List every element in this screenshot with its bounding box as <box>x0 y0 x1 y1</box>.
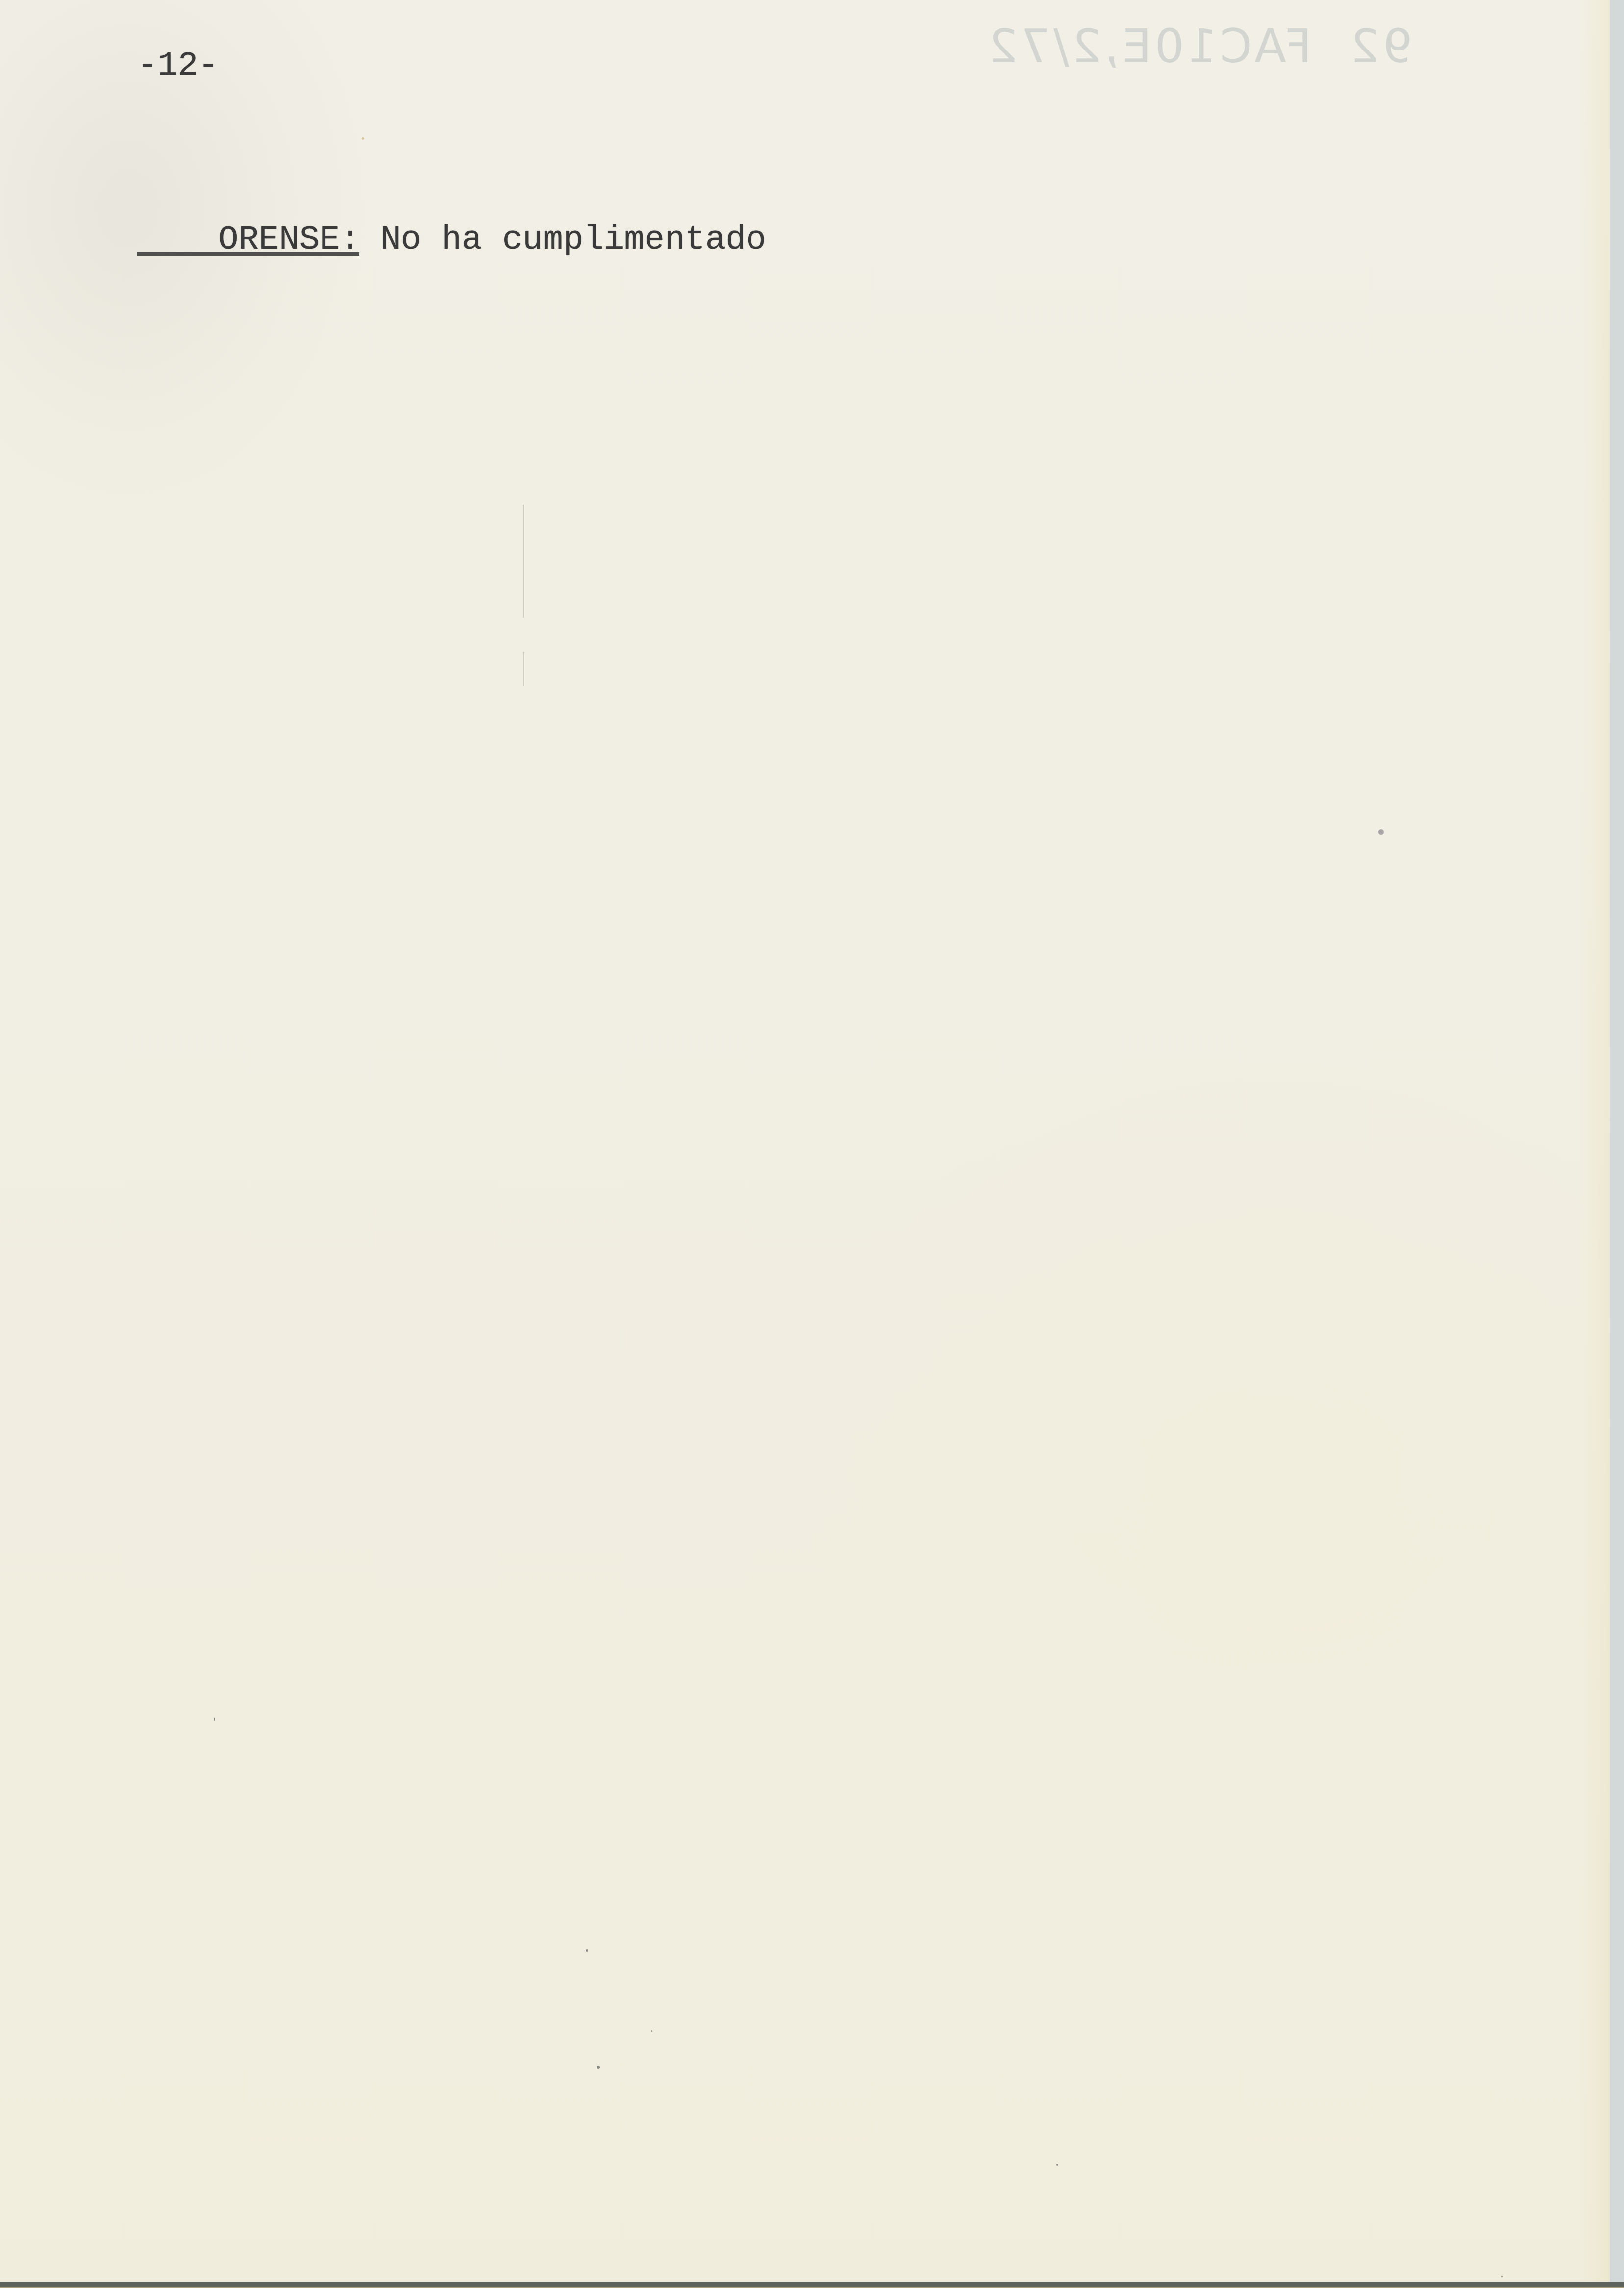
page-edge-tint <box>1580 0 1610 2282</box>
page-number: -12- <box>137 49 219 83</box>
entry-text: No ha cumplimentado <box>360 221 766 259</box>
paper-speck <box>597 2066 600 2069</box>
paper-speck <box>1378 829 1384 835</box>
paper-speck <box>362 137 364 140</box>
paper-blemish <box>523 505 524 618</box>
paper-speck <box>586 1949 588 1952</box>
paper-speck <box>214 1718 215 1721</box>
label-underline <box>137 252 359 256</box>
paper-speck <box>651 2030 652 2032</box>
entry-line: ORENSE: No ha cumplimentado <box>218 223 766 257</box>
pencil-annotation-show-through: 92 FAC10E,2/72 <box>985 20 1412 74</box>
paper-blemish <box>523 652 524 686</box>
scan-bottom-shadow <box>0 2282 1624 2287</box>
paper-speck <box>1501 2276 1503 2277</box>
paper-speck <box>1056 2164 1058 2166</box>
paper-page: 92 FAC10E,2/72 -12- ORENSE: No ha cumpli… <box>0 0 1610 2282</box>
